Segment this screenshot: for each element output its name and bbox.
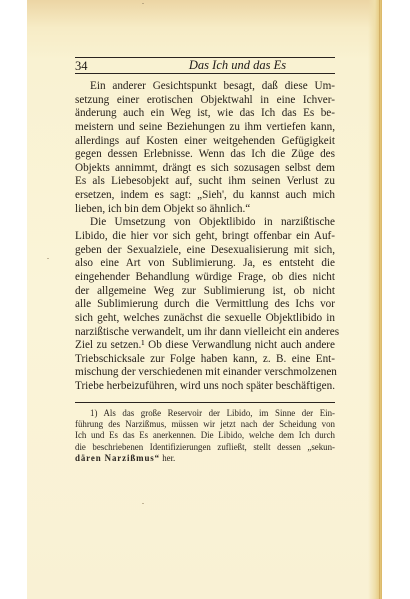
paper-speck [142, 3, 144, 4]
text-line: lieben, ich bin dem Objekt so ähnlich.“ [75, 203, 335, 217]
text-line: der allgemeine Weg zur Sublimierung ist,… [75, 285, 335, 299]
text-line: mischung der verschiedenen mit einander … [75, 366, 335, 380]
text-line: narzißtische verwandelt, um ihr dann vie… [75, 326, 335, 340]
footnote-rule [75, 402, 335, 403]
text-line: änderung auch ein Weg ist, wie das Ich d… [75, 107, 335, 121]
page-edge-line [379, 0, 380, 599]
text-line: Objekts annimmt, drängt es sich sozusage… [75, 162, 335, 176]
header-bottom-rule [75, 73, 335, 74]
text-line: Triebe herbeizuführen, wird uns noch spä… [75, 380, 335, 394]
running-head: Das Ich und das Es [140, 59, 335, 72]
text-line: setzung einer erotischen Objektwahl in e… [75, 94, 335, 108]
footnote-line: die beschriebenen Identifizierungen zufl… [75, 442, 335, 453]
text-line: ersetzen, indem es sagt: „Sieh', du kann… [75, 189, 335, 203]
body-text: Ein anderer Gesichtspunkt besagt, daß di… [75, 80, 335, 394]
text-line: geben der Sexualziele, eine Desexualisie… [75, 244, 335, 258]
footnote: 1) Als das große Reservoir der Libido, i… [75, 408, 335, 464]
text-line: eingehender Behandlung würdige Frage, ob… [75, 271, 335, 285]
paper-speck [47, 258, 49, 259]
text-line: also eine Art von Sublimierung. Ja, es e… [75, 257, 335, 271]
footnote-line: dären Narzißmus“ her. [75, 453, 335, 464]
footnote-line: führung des Narzißmus, müssen wir jetzt … [75, 419, 335, 430]
footnote-line-end: her. [160, 453, 175, 463]
text-line: sich geht, welches zunächst die sexuelle… [75, 312, 335, 326]
page-number: 34 [75, 60, 88, 73]
text-line: Triebschicksale zur Folge haben kann, z.… [75, 353, 335, 367]
text-line: allerdings auf Kosten einer weitgehenden… [75, 135, 335, 149]
text-line: Die Umsetzung von Objektlibido in narziß… [75, 216, 335, 230]
text-line: Ziel zu setzen.¹ Ob diese Verwandlung ni… [75, 339, 335, 353]
text-line: alle Sublimierung durch die Vermittlung … [75, 298, 335, 312]
text-line: Ein anderer Gesichtspunkt besagt, daß di… [75, 80, 335, 94]
text-line: Libido, die hier vor sich geht, bringt o… [75, 230, 335, 244]
footnote-line: Ich und Es das Es anerkennen. Die Libido… [75, 430, 335, 441]
text-line: meistern und seine Beziehungen zu ihm ve… [75, 121, 335, 135]
text-line: gegen dessen Erlebnisse. Wenn das Ich di… [75, 148, 335, 162]
footnote-line: 1) Als das große Reservoir der Libido, i… [75, 408, 335, 419]
spaced-term: dären Narzißmus“ [75, 453, 160, 463]
paper-speck [142, 503, 144, 504]
text-line: Es als Liebesobjekt auf, sucht ihm seine… [75, 175, 335, 189]
